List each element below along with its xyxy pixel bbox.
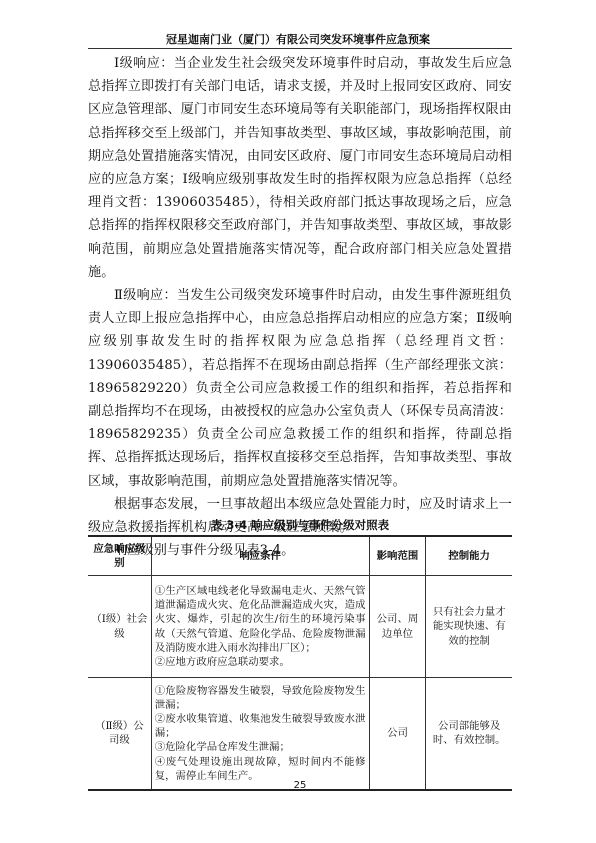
condition-item: ④废气处理设施出现故障，短时间内不能修复，需停止车间生产。 <box>155 755 366 783</box>
paragraph-level1-response: Ⅰ级响应：当企业发生社会级突发环境事件时启动，事故发生后应急总指挥立即拨打有关部… <box>88 52 512 284</box>
condition-item: ①危险废物容器发生破裂，导致危险废物发生泄漏； <box>155 684 366 712</box>
table-row: （Ⅰ级）社会级 ①生产区域电线老化导致漏电走火、天然气管道泄漏造成火灾、危化品泄… <box>88 576 512 678</box>
column-header-conditions: 响应条件 <box>151 536 369 576</box>
condition-item: ②应地方政府应急联动要求。 <box>155 655 366 669</box>
table-caption: 表 3-4 响应级别与事件分级对照表 <box>88 517 512 533</box>
header-divider <box>88 48 512 49</box>
column-header-level: 应急响应级别 <box>88 536 151 576</box>
table-row: （Ⅱ级）公司级 ①危险废物容器发生破裂，导致危险废物发生泄漏； ②废水收集管道、… <box>88 678 512 790</box>
column-header-control: 控制能力 <box>426 536 512 576</box>
condition-item: ③危险化学品仓库发生泄漏； <box>155 740 366 754</box>
cell-conditions: ①危险废物容器发生破裂，导致危险废物发生泄漏； ②废水收集管道、收集池发生破裂导… <box>151 678 369 790</box>
condition-item: ①生产区域电线老化导致漏电走火、天然气管道泄漏造成火灾、危化品泄漏造成火灾，造成… <box>155 584 366 655</box>
cell-scope: 公司、周边单位 <box>369 576 426 678</box>
cell-scope: 公司 <box>369 678 426 790</box>
response-level-table: 应急响应级别 响应条件 影响范围 控制能力 （Ⅰ级）社会级 ①生产区域电线老化导… <box>88 535 512 791</box>
table-header-row: 应急响应级别 响应条件 影响范围 控制能力 <box>88 536 512 576</box>
body-text: Ⅰ级响应：当企业发生社会级突发环境事件时启动，事故发生后应急总指挥立即拨打有关部… <box>88 52 512 562</box>
page-number: 25 <box>288 780 312 791</box>
cell-conditions: ①生产区域电线老化导致漏电走火、天然气管道泄漏造成火灾、危化品泄漏造成火灾，造成… <box>151 576 369 678</box>
cell-level: （Ⅰ级）社会级 <box>88 576 151 678</box>
page-header-title: 冠星迦南门业（厦门）有限公司突发环境事件应急预案 <box>88 31 508 47</box>
column-header-scope: 影响范围 <box>369 536 426 576</box>
condition-item: ②废水收集管道、收集池发生破裂导致废水泄漏； <box>155 712 366 740</box>
paragraph-level2-response: Ⅱ级响应：当发生公司级突发环境事件时启动，由发生事件源班组负责人立即上报应急指挥… <box>88 284 512 493</box>
cell-control: 只有社会力量才能实现快速、有效的控制 <box>426 576 512 678</box>
cell-level: （Ⅱ级）公司级 <box>88 678 151 790</box>
cell-control: 公司部能够及时、有效控制。 <box>426 678 512 790</box>
